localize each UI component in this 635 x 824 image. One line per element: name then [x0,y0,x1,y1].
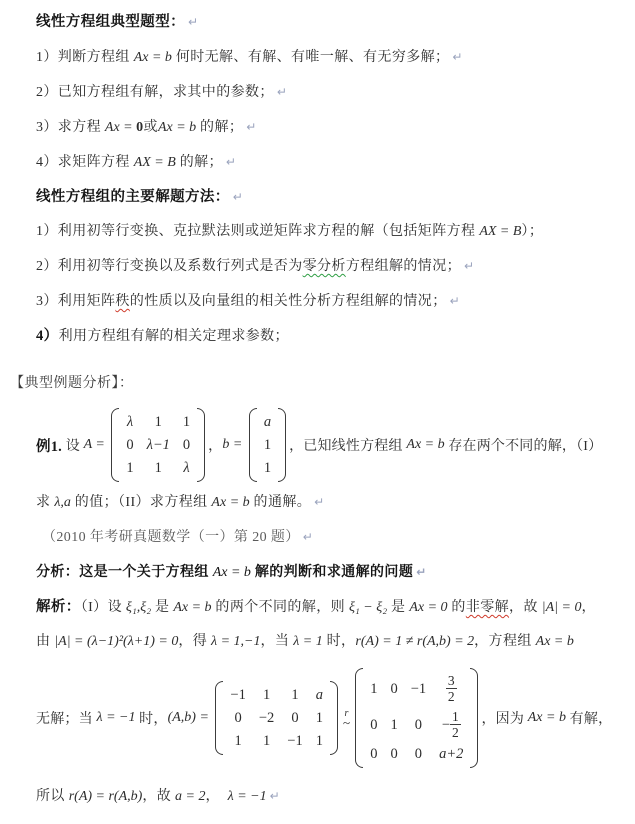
matrix-cell: λ [183,459,189,477]
right-paren-icon [278,408,286,482]
matrix-cell: 0 [235,709,242,727]
left-paren-icon [111,408,119,482]
matrix-cell: a+2 [439,745,463,763]
paragraph-mark-icon: ↵ [464,259,474,273]
math-det-expansion: |A| = (λ−1)²(λ+1) = 0 [54,634,178,649]
matrix-A-cells: λ11 0λ−10 11λ [119,408,197,482]
exam-source-line: （2010 年考研真题数学（一）第 20 题）↵ [36,527,620,548]
paragraph-mark-icon: ↵ [226,155,236,169]
augmented-matrix-row: 无解；当 λ = −1 时，(A,b) = −111a 0−201 11−11 … [36,668,620,768]
math-axb: Ax = b [536,634,574,649]
paragraph-mark-icon: ↵ [233,190,243,204]
solution-text: 有解， [566,708,612,728]
matrix-cell: −2 [259,709,274,727]
list-item-4: 4）求矩阵方程 AX = B 的解；↵ [36,152,620,173]
matrix-cell: −1 [230,686,245,704]
math-a2: a = 2 [175,789,205,804]
question-text: 求 [36,495,54,510]
right-paren-icon [330,681,338,755]
example1-question-line: 求 λ,a 的值；（II）求方程组 Ax = b 的通解。↵ [36,492,620,513]
matrix-reduced: 10−132 010−12 000a+2 [355,668,478,768]
analysis-label: 分析： [36,565,79,580]
left-paren-icon [249,408,257,482]
math-ax-eq: Ax = [105,120,136,135]
document-page: 线性方程组典型题型：↵ 1）判断方程组 Ax = b 何时无解、有解、有唯一解、… [0,0,635,807]
section-typical-examples: 【典型例题分析】： [10,374,620,394]
matrix-cell: 1 [183,413,190,431]
item-text: 的性质以及向量组的相关性分析方程组解的情况； [130,294,447,309]
matrix-cell: 1 [370,680,377,698]
matrix-cell: 0 [126,436,133,454]
math-axb: Ax = b [173,600,211,615]
right-paren-icon [470,668,478,768]
math-rank-compare: r(A) = 1 ≠ r(A,b) = 2 [355,634,474,649]
paragraph-mark-icon: ↵ [314,495,324,509]
left-paren-icon [215,681,223,755]
method-item-3: 3）利用矩阵秩的性质以及向量组的相关性分析方程组解的情况；↵ [36,291,620,312]
item-text: 或 [144,120,158,135]
vector-cell: 1 [264,436,271,454]
heading-text: 线性方程组的主要解题方法： [36,189,230,205]
math-axb: Ax = b [528,710,566,726]
method-item-1: 1）利用初等行变换、克拉默法则或逆矩阵求方程的解（包括矩阵方程 AX = B）； [36,222,620,242]
math-lambda-neg1: λ = −1 [228,789,267,804]
math-lambda-a: λ,a [54,495,71,510]
spellcheck-red-text: 秩 [115,294,129,309]
question-text: 的通解。 [250,495,312,510]
math-a-eq: A = [84,437,109,453]
item-text: 1）利用初等行变换、克拉默法则或逆矩阵求方程的解（包括矩阵方程 [36,224,479,239]
vector-cell: a [264,413,271,431]
vector-cell: 1 [264,459,271,477]
matrix-cell: a [316,686,323,704]
paragraph-mark-icon: ↵ [452,50,462,64]
solution-text: ，因为 [481,708,527,728]
solution-label: 解析： [36,599,81,615]
matrix-cell: 0 [183,436,190,454]
item-text: 利用方程组有解的相关定理求参数； [59,329,289,344]
matrix-A: λ11 0λ−10 11λ [111,408,205,482]
matrix-cell: 1 [291,686,298,704]
matrix-cell: 1 [316,709,323,727]
heading-text: 线性方程组典型题型： [36,14,185,30]
conclusion-text: ， [205,789,227,804]
source-text: （2010 年考研真题数学（一）第 20 题） [42,530,300,545]
item-text: ）； [521,224,543,239]
matrix-cell: 0 [291,709,298,727]
matrix-cell: 1 [316,732,323,750]
paragraph-mark-icon: ↵ [188,15,198,29]
item-number: 4） [36,328,59,344]
solution-text: ，当 [261,634,294,649]
heading-typical-problems: 线性方程组典型题型：↵ [36,12,620,33]
matrix-cell: 1 [263,686,270,704]
math-xi-diff: ξ₁ − ξ₂ [349,600,387,615]
math-axeqb: AX = B [134,155,176,170]
vector-b-cells: a 1 1 [257,408,278,482]
example-text: ，已知线性方程组 [289,435,406,455]
list-item-1: 1）判断方程组 Ax = b 何时无解、有解、有唯一解、有无穷多解；↵ [36,47,620,68]
matrix-cell: −1 [411,680,426,698]
analysis-text: 这是一个关于方程组 [79,565,213,580]
item-text: 方程组解的情况； [346,259,461,274]
question-text: 的值；（II）求方程组 [71,495,212,510]
solution-text: 由 [36,634,54,649]
fraction-denominator: 2 [446,688,457,704]
solution-text: ，方程组 [474,634,536,649]
solution-text: 是 [151,600,173,615]
math-axb: Ax = b [406,437,444,453]
matrix-cell: 1 [126,459,133,477]
conclusion-text: ，故 [142,789,175,804]
item-text: 2）已知方程组有解，求其中的参数； [36,85,274,100]
matrix-cell: 1 [155,459,162,477]
matrix-cell-fraction: 32 [446,673,457,704]
conclusion-line: 所以 r(A) = r(A,b)，故 a = 2， λ = −1↵ [36,786,620,807]
matrix-cell: 0 [370,745,377,763]
math-axb: Ax = b [211,495,249,510]
spellcheck-green-text: 零分析 [303,259,346,274]
method-item-4: 4）利用方程组有解的相关定理求参数； [36,326,620,347]
paragraph-mark-icon: ↵ [277,85,287,99]
fraction-denominator: 2 [450,724,461,740]
paragraph-mark-icon: ↵ [416,565,426,579]
item-text: 4）求矩阵方程 [36,155,134,170]
paragraph-mark-icon: ↵ [246,120,256,134]
left-paren-icon [355,668,363,768]
matrix-cell: −1 [287,732,302,750]
item-text: 的解； [196,120,243,135]
math-axb: Ax = b [213,565,251,580]
analysis-line: 分析：这是一个关于方程组 Ax = b 解的判断和求通解的问题↵ [36,562,620,583]
fraction-numerator: 3 [448,673,455,688]
solution-line-2: 由 |A| = (λ−1)²(λ+1) = 0，得 λ = 1,−1，当 λ =… [36,632,620,652]
item-text: 3）利用矩阵 [36,294,115,309]
math-axb: Ax = b [134,50,172,65]
solution-text: ，故 [509,600,542,615]
matrix-cell: 0 [415,745,422,763]
math-axb: Ax = b [158,120,196,135]
math-detA0: |A| = 0 [542,600,582,615]
item-text: 的解； [176,155,223,170]
paragraph-mark-icon: ↵ [303,530,313,544]
matrix-cell: 0 [390,745,397,763]
math-zero: 0 [136,120,143,135]
fraction-sign: − [442,716,450,734]
matrix-reduced-cells: 10−132 010−12 000a+2 [363,668,470,768]
matrix-cell-fraction: −12 [442,709,461,740]
math-rank-eq: r(A) = r(A,b) [69,789,143,804]
paragraph-mark-icon: ↵ [450,294,460,308]
matrix-Ab: −111a 0−201 11−11 [215,681,338,755]
solution-text: 时， [135,708,167,728]
example-label: 例1. [36,435,62,456]
matrix-cell: 1 [155,413,162,431]
conclusion-text: 所以 [36,789,69,804]
solution-text: 无解；当 [36,708,97,728]
matrix-cell: 0 [370,716,377,734]
math-xi12: ξ₁,ξ₂ [126,600,151,615]
list-item-2: 2）已知方程组有解，求其中的参数；↵ [36,82,620,103]
solution-text: 的两个不同的解，则 [212,600,349,615]
row-equivalence-icon: r~ [343,709,350,727]
matrix-cell: 1 [235,732,242,750]
paragraph-mark-icon: ↵ [270,789,280,803]
item-text: 何时无解、有解、有唯一解、有无穷多解； [172,50,450,65]
math-axeqb: AX = B [479,224,521,239]
list-item-3: 3）求方程 Ax = 0或Ax = b 的解；↵ [36,117,620,138]
matrix-Ab-cells: −111a 0−201 11−11 [223,681,330,755]
matrix-cell: λ [127,413,133,431]
example-text: ， [208,435,222,455]
example-text: 存在两个不同的解，（I） [445,435,603,455]
matrix-cell: 0 [390,680,397,698]
solution-text: ， [581,600,595,615]
right-paren-icon [197,408,205,482]
matrix-cell: 0 [415,716,422,734]
math-ax0: Ax = 0 [409,600,447,615]
method-item-2: 2）利用初等行变换以及系数行列式是否为零分析方程组解的情况；↵ [36,256,620,277]
matrix-cell: 1 [263,732,270,750]
solution-text: 时， [323,634,356,649]
row-equivalence-tilde: ~ [343,718,350,727]
item-text: 3）求方程 [36,120,105,135]
fraction-numerator: 1 [452,709,459,724]
solution-text: ，得 [178,634,211,649]
heading-main-methods: 线性方程组的主要解题方法：↵ [36,187,620,208]
solution-line-1: 解析：（I）设 ξ₁,ξ₂ 是 Ax = b 的两个不同的解，则 ξ₁ − ξ₂… [36,597,620,618]
item-text: 2）利用初等行变换以及系数行列式是否为 [36,259,303,274]
solution-text: 是 [387,600,409,615]
matrix-cell: λ−1 [147,436,170,454]
item-text: 1）判断方程组 [36,50,134,65]
math-lambda-neg1: λ = −1 [97,710,136,726]
spellcheck-red-text: 非零解 [466,600,509,615]
solution-text: （I）设 [81,600,126,615]
math-ab-eq: (A,b) = [168,710,213,726]
example1-equation-row: 例1. 设 A = λ11 0λ−10 11λ ，b = a 1 1 ，已知线性… [36,408,620,482]
math-lambda-1: λ = 1 [293,634,323,649]
math-b-eq: b = [222,437,245,453]
example-text: 设 [62,435,84,455]
matrix-cell: 1 [390,716,397,734]
analysis-text: 解的判断和求通解的问题 [251,565,413,580]
math-lambda-values: λ = 1,−1 [211,634,260,649]
vector-b: a 1 1 [249,408,286,482]
solution-text: 的 [448,600,466,615]
